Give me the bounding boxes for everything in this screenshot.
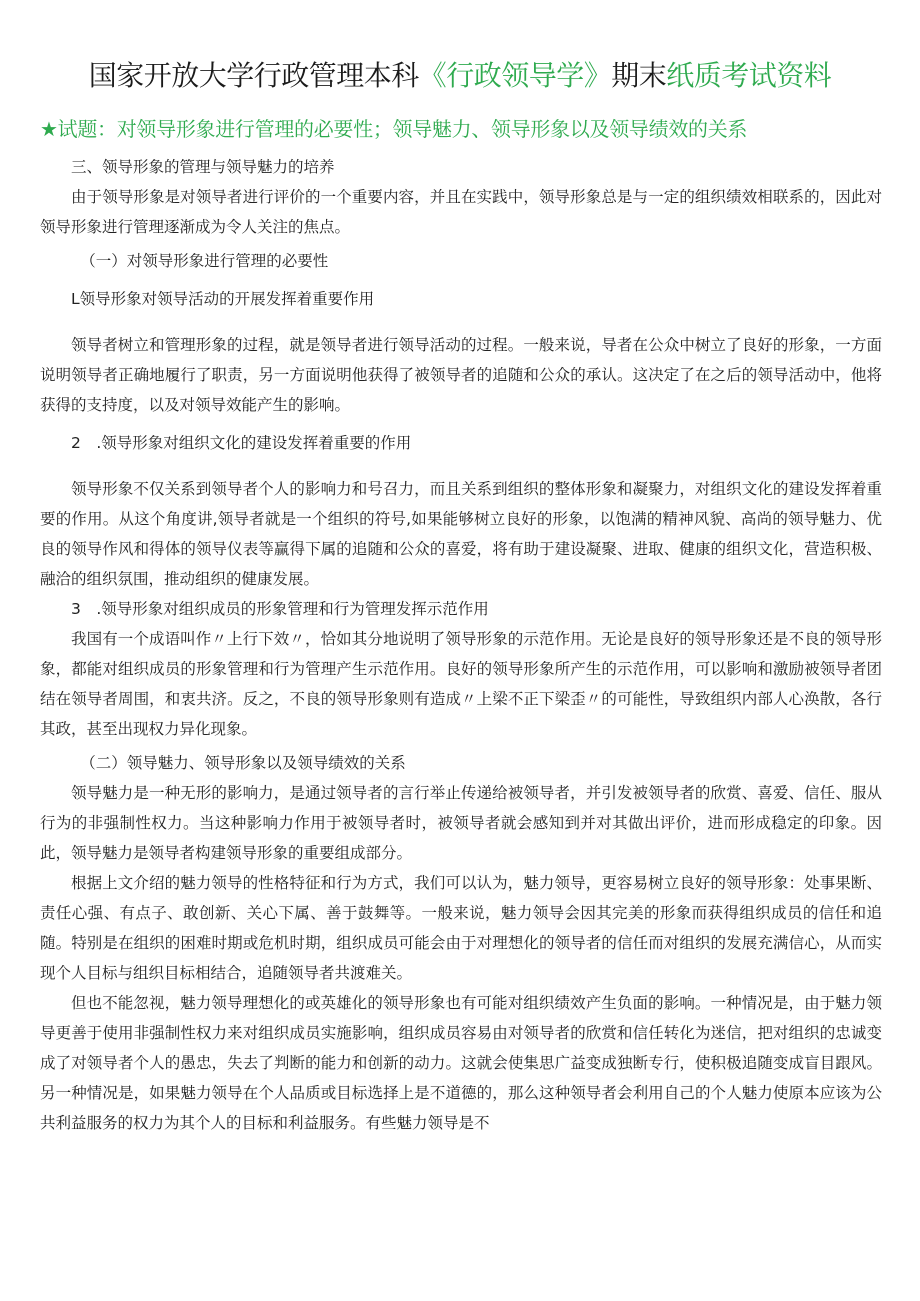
subsection-1-heading: （一）对领导形象进行管理的必要性 <box>40 246 882 276</box>
title-part-school: 国家开放大学行政管理本科 <box>89 59 419 92</box>
title-part-term: 期末 <box>611 59 666 92</box>
subsection-2-paragraph-3: 但也不能忽视，魅力领导理想化的或英雄化的领导形象也有可能对组织绩效产生负面的影响… <box>40 988 882 1138</box>
document-body: 三、领导形象的管理与领导魅力的培养 由于领导形象是对领导者进行评价的一个重要内容… <box>40 152 882 1138</box>
document-title: 国家开放大学行政管理本科《行政领导学》期末纸质考试资料 <box>0 56 920 96</box>
item-2-heading: 2 .领导形象对组织文化的建设发挥着重要的作用 <box>40 428 882 458</box>
item-1-heading: L领导形象对领导活动的开展发挥着重要作用 <box>40 284 882 314</box>
intro-paragraph: 由于领导形象是对领导者进行评价的一个重要内容，并且在实践中，领导形象总是与一定的… <box>40 182 882 242</box>
section-heading: 三、领导形象的管理与领导魅力的培养 <box>40 152 882 182</box>
subsection-2-heading: （二）领导魅力、领导形象以及领导绩效的关系 <box>40 748 882 778</box>
item-2-paragraph: 领导形象不仅关系到领导者个人的影响力和号召力，而且关系到组织的整体形象和凝聚力，… <box>40 474 882 594</box>
item-3-heading: 3 .领导形象对组织成员的形象管理和行为管理发挥示范作用 <box>40 594 882 624</box>
item-1-paragraph: 领导者树立和管理形象的过程，就是领导者进行领导活动的过程。一般来说，导者在公众中… <box>40 330 882 420</box>
question-subtitle: ★试题：对领导形象进行管理的必要性；领导魅力、领导形象以及领导绩效的关系 <box>40 114 747 144</box>
subsection-2-paragraph-1: 领导魅力是一种无形的影响力，是通过领导者的言行举止传递给被领导者，并引发被领导者… <box>40 778 882 868</box>
title-part-course: 《行政领导学》 <box>419 59 612 92</box>
item-3-paragraph: 我国有一个成语叫作〃上行下效〃，恰如其分地说明了领导形象的示范作用。无论是良好的… <box>40 624 882 744</box>
subsection-2-paragraph-2: 根据上文介绍的魅力领导的性格特征和行为方式，我们可以认为，魅力领导，更容易树立良… <box>40 868 882 988</box>
title-part-material: 纸质考试资料 <box>666 59 831 92</box>
